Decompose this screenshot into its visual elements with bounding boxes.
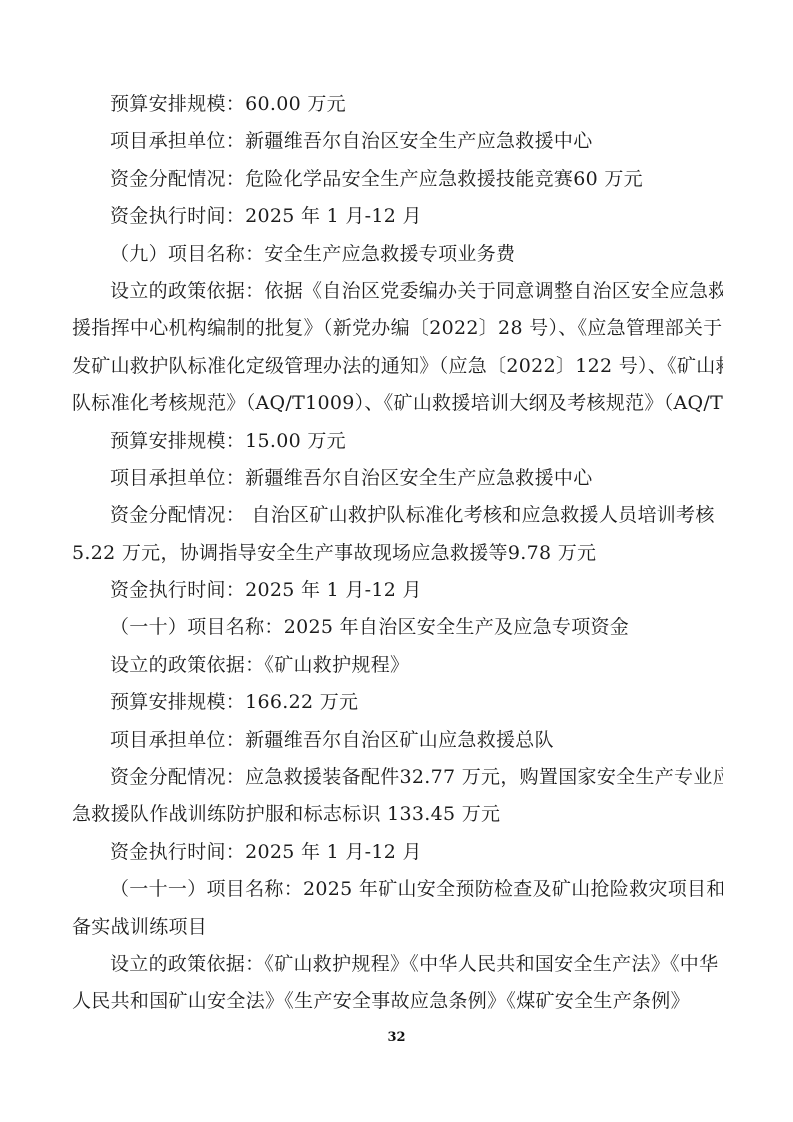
text-line: 急救援队作战训练防护服和标志标识 133.45 万元	[72, 796, 723, 833]
text-line: 备实战训练项目	[72, 909, 723, 946]
text-line: （九）项目名称：安全生产应急救援专项业务费	[72, 236, 723, 273]
page-number: 32	[387, 1030, 405, 1045]
page-footer: 32	[0, 1026, 793, 1045]
text-line: 设立的政策依据：依据《自治区党委编办关于同意调整自治区安全应急救	[72, 273, 723, 310]
text-line: （一十一）项目名称：2025 年矿山安全预防检查及矿山抢险救灾项目和战	[72, 871, 723, 908]
text-line: 人民共和国矿山安全法》《生产安全事故应急条例》《煤矿安全生产条例》	[72, 983, 723, 1020]
text-line: 资金执行时间：2025 年 1 月-12 月	[72, 572, 723, 609]
text-line: 预算安排规模：60.00 万元	[72, 86, 723, 123]
text-line: 项目承担单位：新疆维吾尔自治区安全生产应急救援中心	[72, 123, 723, 160]
document-page: 预算安排规模：60.00 万元项目承担单位：新疆维吾尔自治区安全生产应急救援中心…	[0, 0, 793, 1122]
document-body: 预算安排规模：60.00 万元项目承担单位：新疆维吾尔自治区安全生产应急救援中心…	[72, 86, 723, 1021]
text-line: 设立的政策依据：《矿山救护规程》	[72, 647, 723, 684]
text-line: 预算安排规模：166.22 万元	[72, 684, 723, 721]
text-line: 发矿山救护队标准化定级管理办法的通知》（应急〔2022〕122 号）、《矿山救护	[72, 348, 723, 385]
text-line: （一十）项目名称：2025 年自治区安全生产及应急专项资金	[72, 609, 723, 646]
text-line: 5.22 万元，协调指导安全生产事故现场应急救援等9.78 万元	[72, 535, 723, 572]
text-line: 项目承担单位：新疆维吾尔自治区安全生产应急救援中心	[72, 460, 723, 497]
text-line: 资金执行时间：2025 年 1 月-12 月	[72, 198, 723, 235]
text-line: 队标准化考核规范》（AQ/T1009）、《矿山救援培训大纲及考核规范》（AQ/T…	[72, 385, 723, 422]
text-line: 资金分配情况：危险化学品安全生产应急救援技能竞赛60 万元	[72, 161, 723, 198]
text-line: 资金执行时间：2025 年 1 月-12 月	[72, 834, 723, 871]
text-line: 预算安排规模：15.00 万元	[72, 423, 723, 460]
text-line: 设立的政策依据：《矿山救护规程》《中华人民共和国安全生产法》《中华	[72, 946, 723, 983]
text-line: 资金分配情况：应急救援装备配件32.77 万元，购置国家安全生产专业应	[72, 759, 723, 796]
text-line: 援指挥中心机构编制的批复》（新党办编〔2022〕28 号）、《应急管理部关于印	[72, 310, 723, 347]
text-line: 项目承担单位：新疆维吾尔自治区矿山应急救援总队	[72, 722, 723, 759]
text-line: 资金分配情况： 自治区矿山救护队标准化考核和应急救援人员培训考核	[72, 497, 723, 534]
